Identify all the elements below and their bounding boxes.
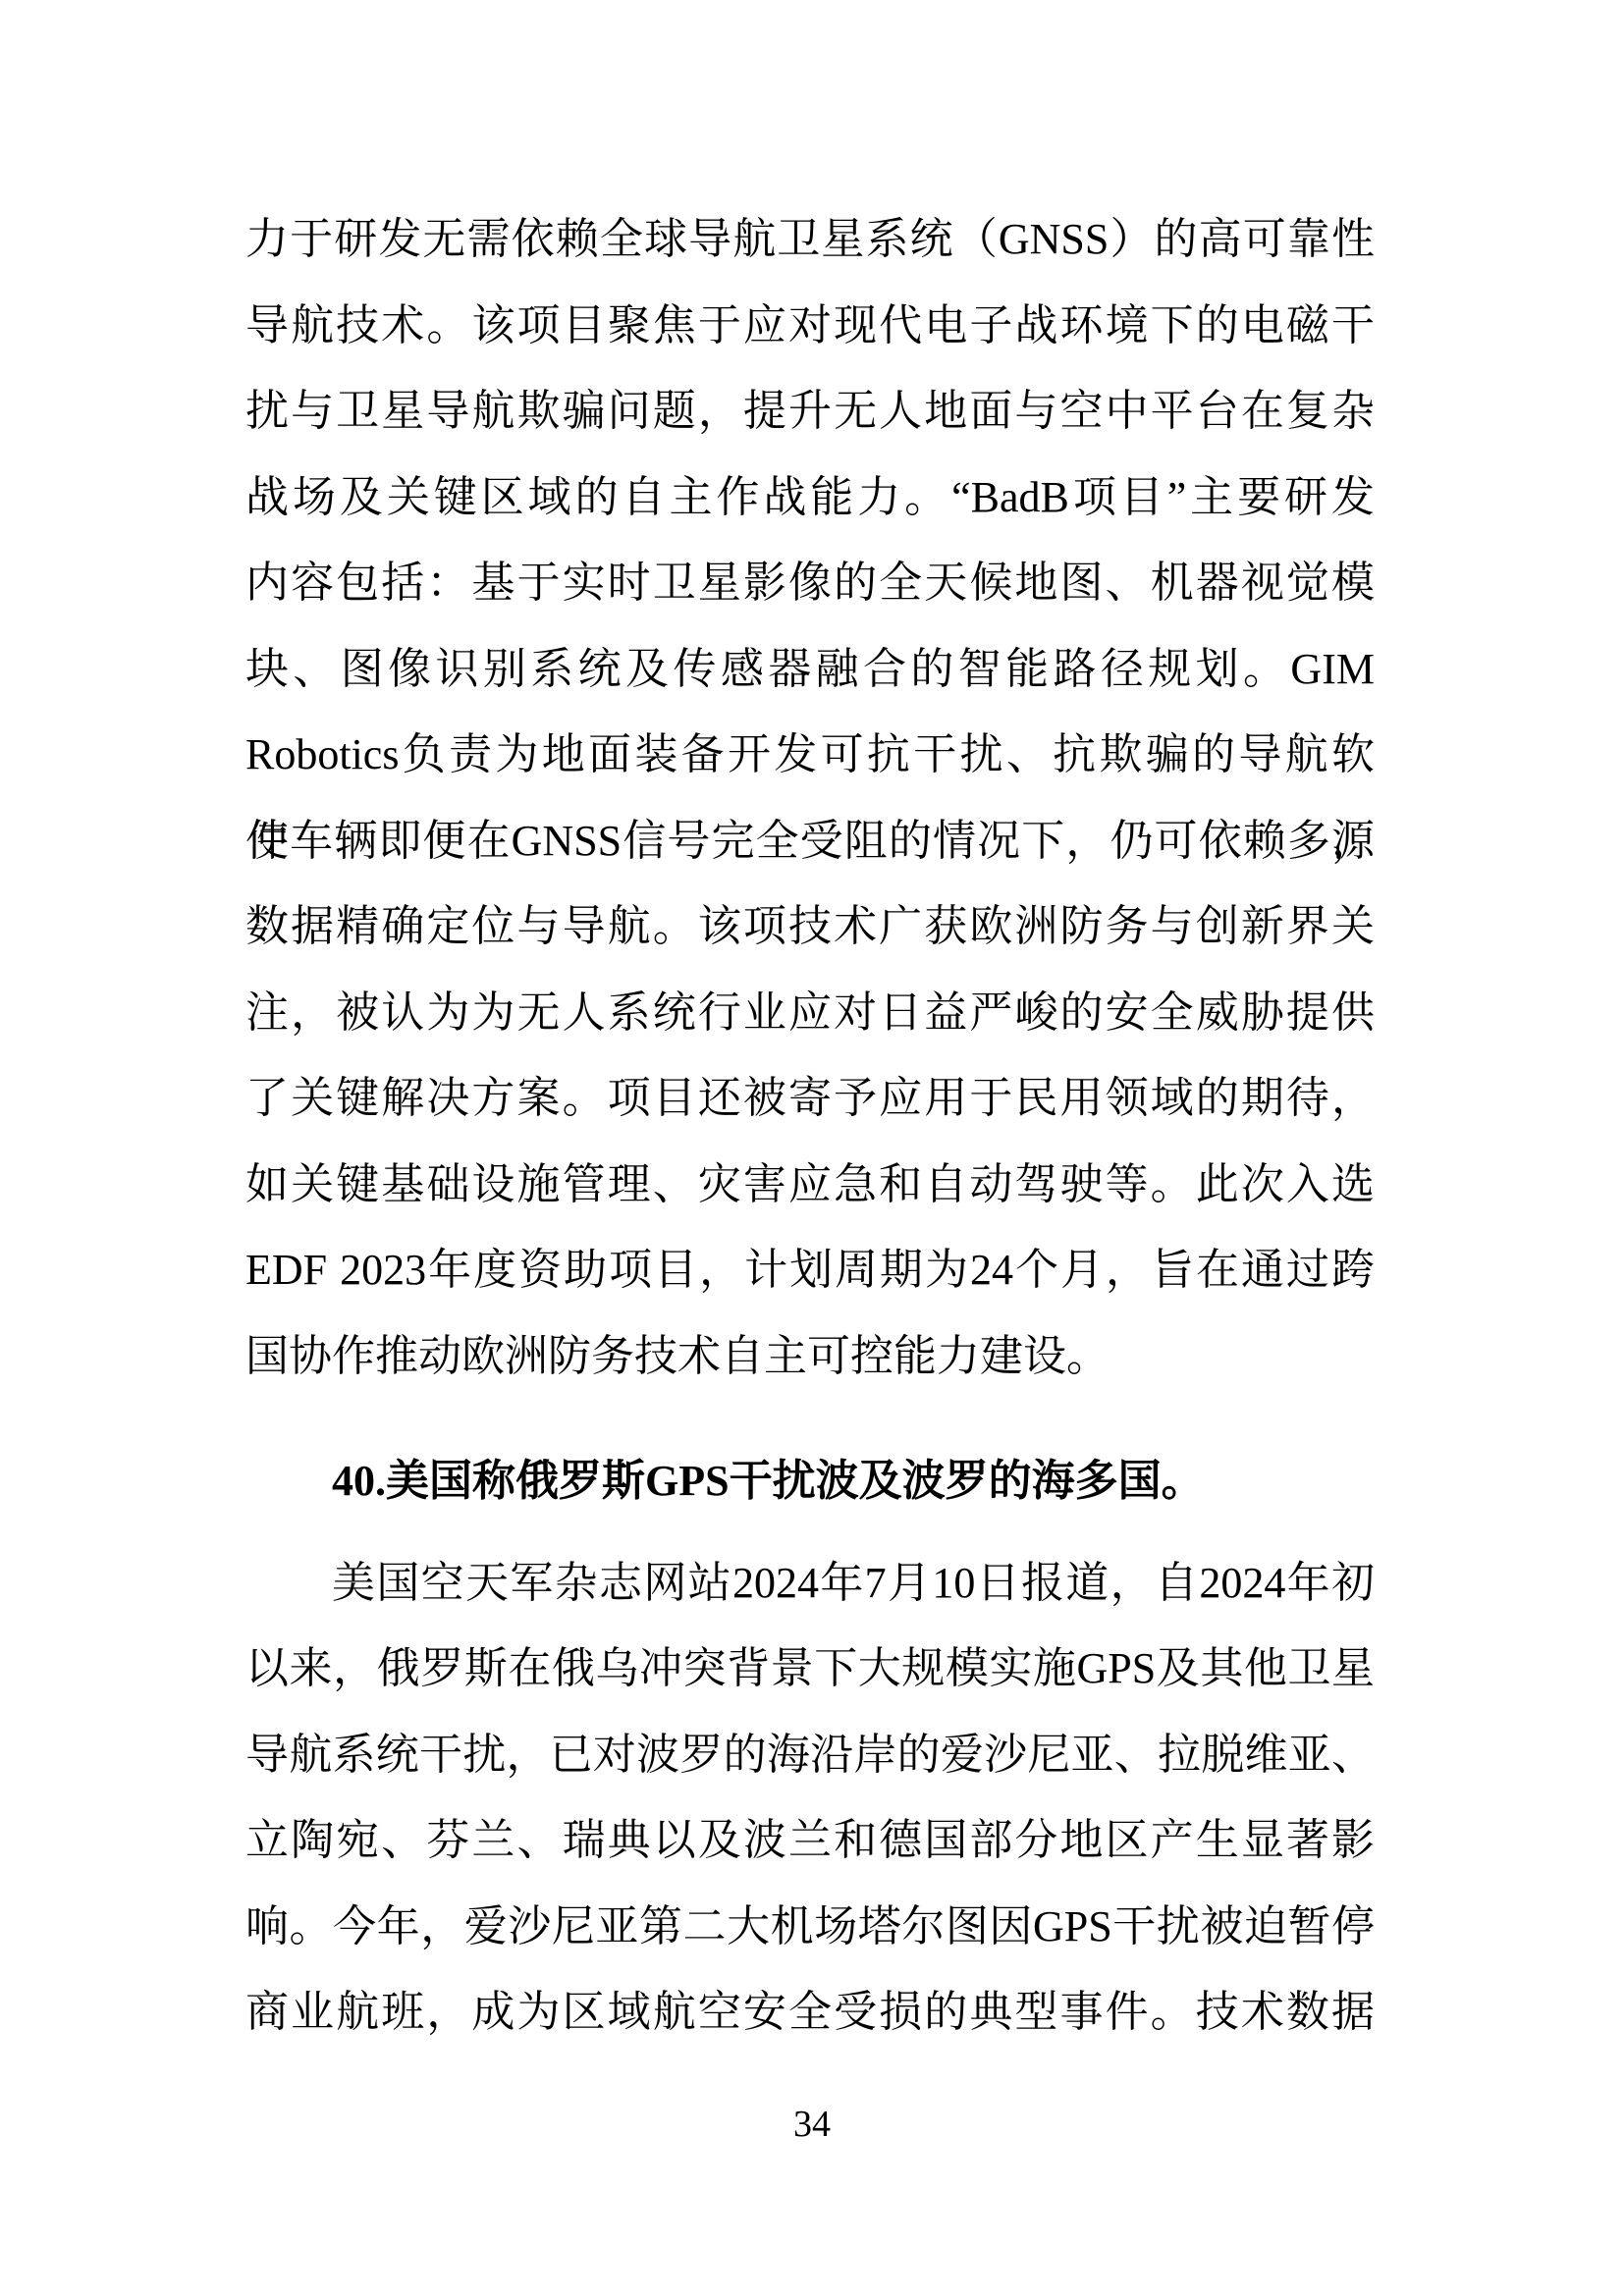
text-line: 力于研发无需依赖全球导航卫星系统（GNSS）的高可靠性 [245, 196, 1375, 283]
paragraph-continuation: 力于研发无需依赖全球导航卫星系统（GNSS）的高可靠性 导航技术。该项目聚焦于应… [245, 196, 1375, 1399]
text-line: 数据精确定位与导航。该项技术广获欧洲防务与创新界关 [245, 883, 1375, 970]
text-line: 国协作推动欧洲防务技术自主可控能力建设。 [245, 1313, 1375, 1400]
text-line: 如关键基础设施管理、灾害应急和自动驾驶等。此次入选 [245, 1142, 1375, 1228]
text-line: 了关键解决方案。项目还被寄予应用于民用领域的期待， [245, 1055, 1375, 1142]
text-line: 导航技术。该项目聚焦于应对现代电子战环境下的电磁干 [245, 283, 1375, 369]
paragraph-gps-jamming: 美国空天军杂志网站2024年7月10日报道，自2024年初 以来，俄罗斯在俄乌冲… [245, 1540, 1375, 2056]
text-line: 块、图像识别系统及传感器融合的智能路径规划。GIM [245, 626, 1375, 713]
text-line: EDF 2023年度资助项目，计划周期为24个月，旨在通过跨 [245, 1227, 1375, 1313]
text-line: 注，被认为为无人系统行业应对日益严峻的安全威胁提供 [245, 970, 1375, 1056]
text-line: 扰与卫星导航欺骗问题，提升无人地面与空中平台在复杂 [245, 368, 1375, 454]
document-page: 力于研发无需依赖全球导航卫星系统（GNSS）的高可靠性 导航技术。该项目聚焦于应… [0, 0, 1624, 2296]
page-number: 34 [0, 2103, 1624, 2146]
text-line: Robotics负责为地面装备开发可抗干扰、抗欺骗的导航软件， [245, 712, 1375, 798]
text-line: 立陶宛、芬兰、瑞典以及波兰和德国部分地区产生显著影 [245, 1797, 1375, 1884]
text-line: 响。今年，爱沙尼亚第二大机场塔尔图因GPS干扰被迫暂停 [245, 1884, 1375, 1970]
text-line: 使车辆即便在GNSS信号完全受阻的情况下，仍可依赖多源 [245, 798, 1375, 884]
text-line: 商业航班，成为区域航空安全受损的典型事件。技术数据 [245, 1969, 1375, 2056]
text-line: 战场及关键区域的自主作战能力。“BadB项目”主要研发 [245, 454, 1375, 541]
text-line: 导航系统干扰，已对波罗的海沿岸的爱沙尼亚、拉脱维亚、 [245, 1712, 1375, 1798]
text-line: 以来，俄罗斯在俄乌冲突背景下大规模实施GPS及其他卫星 [245, 1626, 1375, 1712]
text-line: 内容包括：基于实时卫星影像的全天候地图、机器视觉模 [245, 540, 1375, 626]
section-heading: 40.美国称俄罗斯GPS干扰波及波罗的海多国。 [245, 1438, 1375, 1524]
text-line: 美国空天军杂志网站2024年7月10日报道，自2024年初 [245, 1540, 1375, 1627]
page-body: 力于研发无需依赖全球导航卫星系统（GNSS）的高可靠性 导航技术。该项目聚焦于应… [245, 196, 1375, 2056]
